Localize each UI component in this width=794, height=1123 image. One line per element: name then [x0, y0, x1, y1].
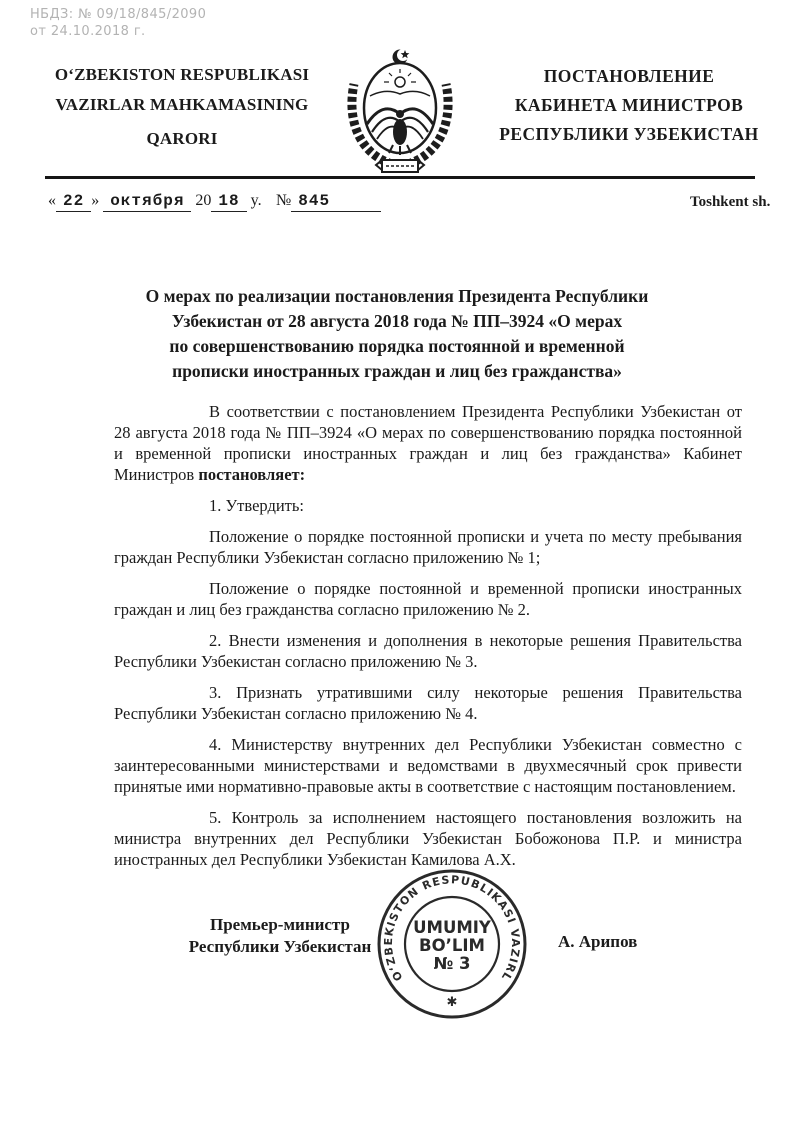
date-line: «22»октября2018y. №845 Toshkent sh.: [0, 192, 794, 218]
year-prefix: 20: [195, 192, 211, 209]
title-line4: прописки иностранных граждан и лиц без г…: [0, 359, 794, 384]
header-divider-rule: [45, 176, 755, 179]
header-uzbek-line1: O‘ZBEKISTON RESPUBLIKASI: [46, 60, 318, 90]
open-quote: «: [48, 192, 56, 209]
registration-note: НБДЗ: № 09/18/845/2090 от 24.10.2018 г.: [30, 6, 206, 40]
paragraph-annex2: Положение о порядке постоянной и временн…: [114, 578, 742, 620]
decree-document-page: НБДЗ: № 09/18/845/2090 от 24.10.2018 г. …: [0, 0, 794, 1123]
registration-note-number: НБДЗ: № 09/18/845/2090: [30, 6, 206, 23]
paragraph-item1: 1. Утвердить:: [114, 495, 742, 516]
header-uzbek-line3: QARORI: [46, 124, 318, 154]
header-russian-line3: РЕСПУБЛИКИ УЗБЕКИСТАН: [478, 120, 780, 149]
year-unit: y.: [251, 192, 262, 209]
header-uzbek-line2: VAZIRLAR MAHKAMASINING: [46, 90, 318, 120]
document-body: В соответствии с постановлением Президен…: [114, 401, 742, 880]
signatory-position: Премьер-министр Республики Узбекистан: [172, 914, 388, 958]
paragraph-item3: 3. Признать утратившими силу некоторые р…: [114, 682, 742, 724]
number-sign: №: [276, 192, 291, 209]
stamp-ring-asterisk: ✱: [447, 995, 458, 1010]
paragraph-item5: 5. Контроль за исполнением настоящего по…: [114, 807, 742, 870]
stamp-center-line3: № 3: [433, 954, 470, 973]
title-line2: Узбекистан от 28 августа 2018 года № ПП–…: [0, 309, 794, 334]
date-group: «22»октября2018y.: [48, 192, 262, 212]
title-line3: по совершенствованию порядка постоянной …: [0, 334, 794, 359]
signatory-position-line2: Республики Узбекистан: [172, 936, 388, 958]
header-russian-title: ПОСТАНОВЛЕНИЕ КАБИНЕТА МИНИСТРОВ РЕСПУБЛ…: [478, 62, 780, 149]
uzbekistan-state-emblem-icon: [337, 42, 463, 176]
close-quote: »: [91, 192, 99, 209]
stamp-center-line1: UMUMIY: [413, 918, 492, 937]
document-number-value: 845: [291, 192, 337, 212]
header-uzbek-title: O‘ZBEKISTON RESPUBLIKASI VAZIRLAR MAHKAM…: [46, 60, 318, 154]
round-office-stamp: O‘ZBEKISTON RESPUBLIKASI VAZIRLAR MAHKAM…: [374, 866, 530, 1022]
day-value: 22: [56, 192, 91, 212]
signatory-name: А. Арипов: [558, 932, 637, 952]
stamp-center-line2: BO’LIM: [419, 936, 485, 955]
paragraph-item4: 4. Министерству внутренних дел Республик…: [114, 734, 742, 797]
month-value: октября: [103, 192, 191, 212]
paragraph-item2: 2. Внести изменения и дополнения в некот…: [114, 630, 742, 672]
title-line1: О мерах по реализации постановления През…: [0, 284, 794, 309]
signatory-position-line1: Премьер-министр: [172, 914, 388, 936]
preamble-bold-resolves: постановляет:: [198, 465, 305, 484]
document-title: О мерах по реализации постановления През…: [0, 284, 794, 384]
number-underline-tail: [337, 194, 381, 212]
header-russian-line1: ПОСТАНОВЛЕНИЕ: [478, 62, 780, 91]
year-suffix-value: 18: [211, 192, 246, 212]
header-russian-line2: КАБИНЕТА МИНИСТРОВ: [478, 91, 780, 120]
place-label: Toshkent sh.: [690, 194, 770, 211]
paragraph-preamble: В соответствии с постановлением Президен…: [114, 401, 742, 485]
paragraph-annex1: Положение о порядке постоянной прописки …: [114, 526, 742, 568]
document-number-group: №845: [276, 192, 381, 212]
registration-note-date: от 24.10.2018 г.: [30, 23, 206, 40]
